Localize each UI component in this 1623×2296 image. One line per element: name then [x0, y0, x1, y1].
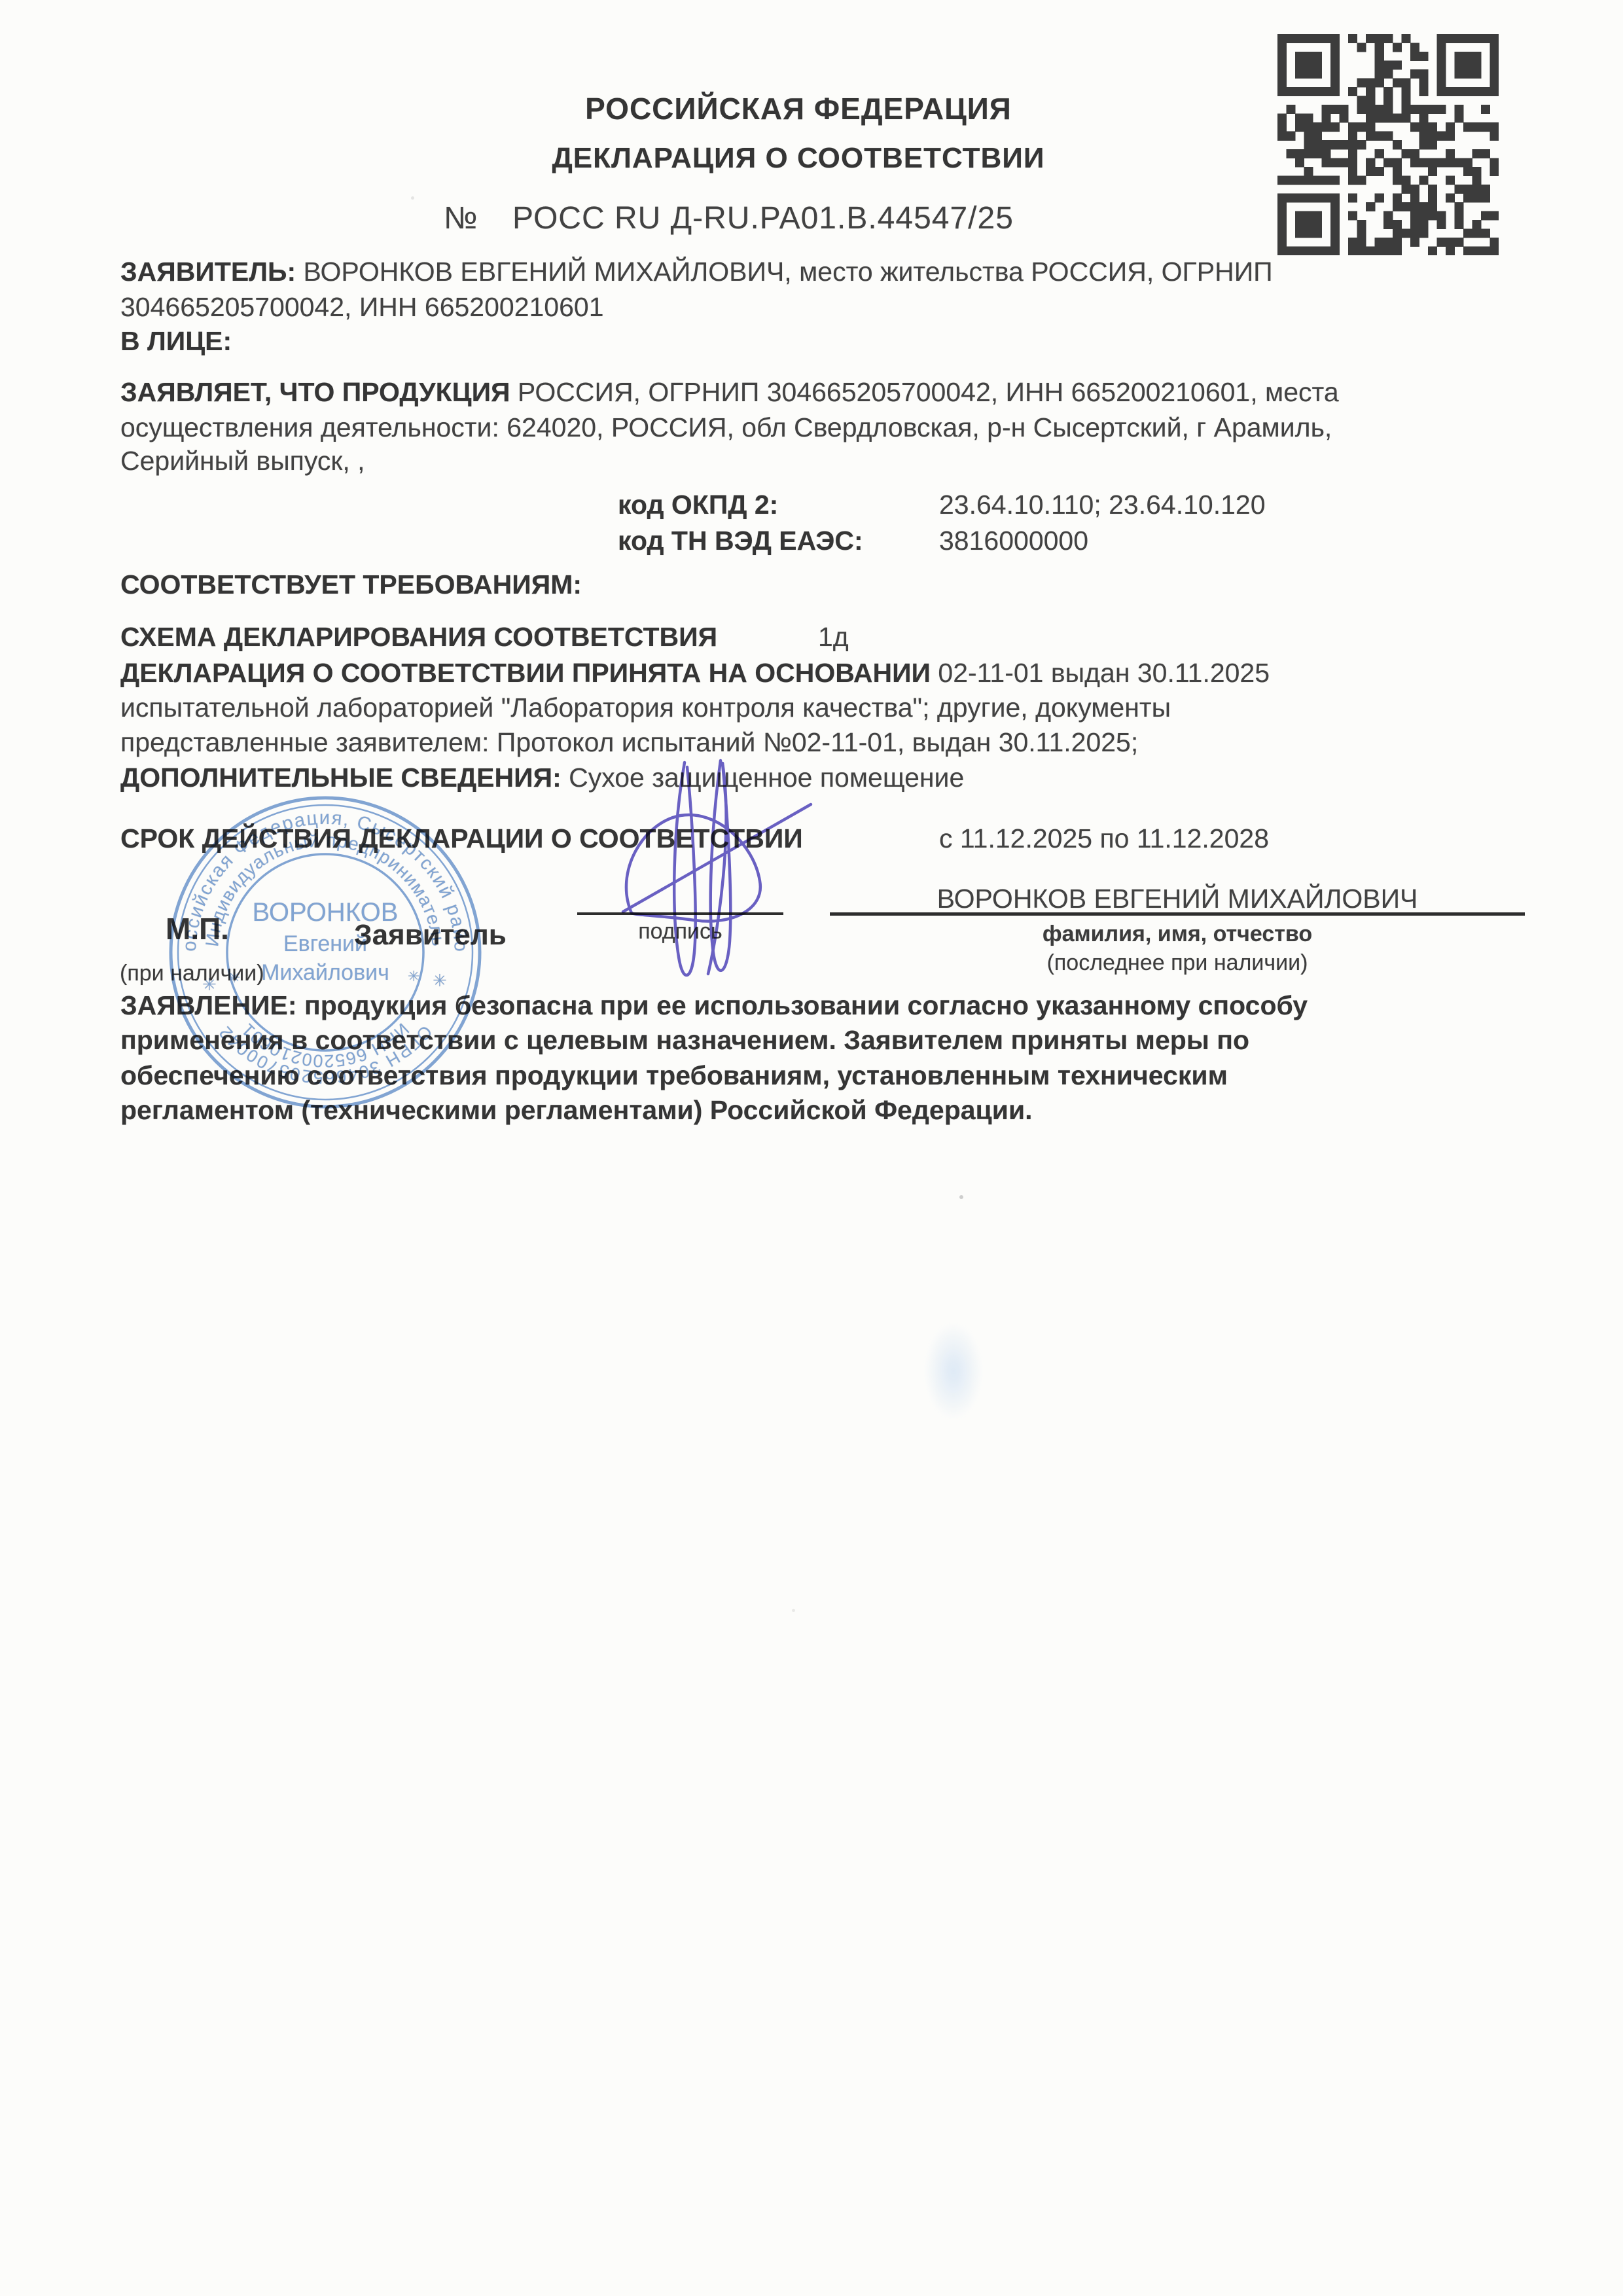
basis-line1-text: 02-11-01 выдан 30.11.2025: [931, 658, 1270, 688]
product-line3: Серийный выпуск, ,: [120, 446, 365, 476]
name-line: [830, 912, 1525, 916]
name-caption-note: (последнее при наличии): [830, 950, 1525, 976]
doc-number-value: РОСС RU Д-RU.РА01.В.44547/25: [512, 200, 1014, 236]
product-line2: осуществления деятельности: 624020, РОСС…: [120, 412, 1332, 443]
name-caption: фамилия, имя, отчество: [830, 922, 1525, 947]
qr-code-icon: [1277, 34, 1499, 255]
stamp-ring-outer-text: Российская Федерация, Сысертский район: [155, 782, 471, 954]
scheme-value: 1д: [818, 622, 849, 653]
company-stamp: Российская Федерация, Сысертский район И…: [155, 782, 495, 1122]
stamp-center-patronymic: Михайлович: [261, 960, 389, 985]
stamp-separator-icon: ✳: [408, 968, 419, 984]
product-line1: ЗАЯВЛЯЕТ, ЧТО ПРОДУКЦИЯ РОССИЯ, ОГРНИП 3…: [120, 377, 1339, 408]
stamp-separator-icon: ✳: [228, 969, 240, 986]
scan-speck: [411, 196, 414, 200]
stamp-separator-icon: ✳: [433, 971, 447, 990]
validity-value: с 11.12.2025 по 11.12.2028: [939, 823, 1269, 854]
product-label: ЗАЯВЛЯЕТ, ЧТО ПРОДУКЦИЯ: [120, 377, 510, 407]
stamp-center-firstname: Евгений: [283, 931, 367, 956]
okpd-value: 23.64.10.110; 23.64.10.120: [939, 490, 1266, 520]
stamp-separator-icon: ✳: [202, 975, 217, 994]
okpd-label: код ОКПД 2:: [618, 490, 778, 520]
stamp-center-surname: ВОРОНКОВ: [253, 898, 399, 927]
doc-number-label: №: [444, 200, 478, 236]
signatory-name: ВОРОНКОВ ЕВГЕНИЙ МИХАЙЛОВИЧ: [830, 884, 1525, 914]
handwritten-signature: [569, 733, 844, 1047]
declarant-label: ЗАЯВИТЕЛЬ:: [120, 257, 296, 287]
basis-label: ДЕКЛАРАЦИЯ О СООТВЕТСТВИИ ПРИНЯТА НА ОСН…: [120, 658, 931, 688]
declarant-line1-text: ВОРОНКОВ ЕВГЕНИЙ МИХАЙЛОВИЧ, место жител…: [296, 257, 1273, 287]
in-person-label: В ЛИЦЕ:: [120, 326, 232, 357]
svg-text:Российская Федерация, Сысертс: Российская Федерация, Сысертский район: [155, 782, 471, 954]
basis-line1: ДЕКЛАРАЦИЯ О СООТВЕТСТВИИ ПРИНЯТА НА ОСН…: [120, 658, 1270, 689]
tnved-value: 3816000000: [939, 526, 1088, 556]
requirements-heading: СООТВЕТСТВУЕТ ТРЕБОВАНИЯМ:: [120, 569, 582, 600]
scan-speck: [959, 1195, 963, 1199]
scheme-label: СХЕМА ДЕКЛАРИРОВАНИЯ СООТВЕТСТВИЯ: [120, 622, 717, 653]
scan-smudge: [924, 1322, 983, 1420]
tnved-label: код ТН ВЭД ЕАЭС:: [618, 526, 863, 556]
document-page: РОССИЙСКАЯ ФЕДЕРАЦИЯ ДЕКЛАРАЦИЯ О СООТВЕ…: [0, 0, 1623, 2296]
basis-line2: испытательной лабораторией "Лаборатория …: [120, 692, 1171, 723]
declarant-line2: 304665205700042, ИНН 665200210601: [120, 292, 604, 323]
declarant-line1: ЗАЯВИТЕЛЬ: ВОРОНКОВ ЕВГЕНИЙ МИХАЙЛОВИЧ, …: [120, 257, 1273, 287]
product-line1-text: РОССИЯ, ОГРНИП 304665205700042, ИНН 6652…: [510, 377, 1339, 407]
scan-speck: [792, 1609, 795, 1612]
